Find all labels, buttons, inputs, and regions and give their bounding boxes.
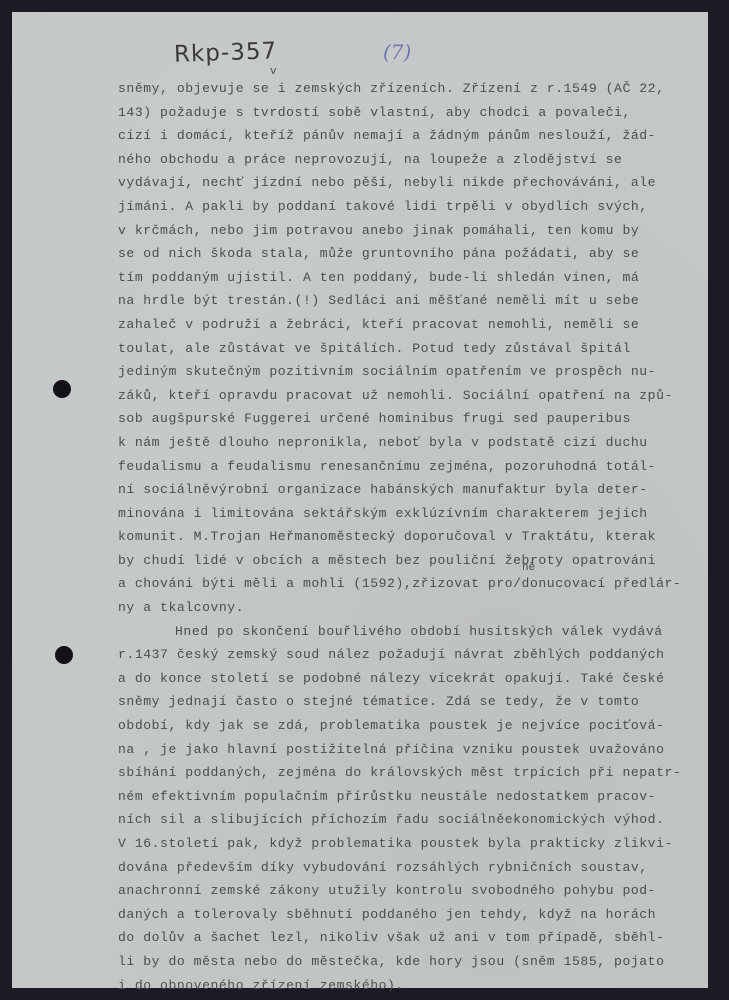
text-line: daných a tolerovaly sběhnutí poddaného j…	[118, 903, 708, 927]
text-line: ném efektivním populačním přírůstku neus…	[118, 785, 708, 809]
text-line: a do konce století se podobné nálezy víc…	[118, 667, 708, 691]
text-line: záků, kteří opravdu pracovat už nemohli.…	[118, 384, 708, 408]
text-line: na hrdle být trestán.(!) Sedláci ani měš…	[118, 289, 708, 313]
text-line: se od nich škoda stala, může gruntovního…	[118, 242, 708, 266]
text-line: jediným skutečným pozitivním sociálním o…	[118, 360, 708, 384]
text-line: sněmy jednají často o stejné tématice. Z…	[118, 690, 708, 714]
paragraph: Hned po skončení bouřlivého období husit…	[118, 620, 708, 998]
text-line: anachronní zemské zákony utužily kontrol…	[118, 879, 708, 903]
text-line: ních sil a slibujících příchozím řadu so…	[118, 808, 708, 832]
text-line: v krčmách, nebo jim potravou anebo jinak…	[118, 219, 708, 243]
text-line: období, kdy jak se zdá, problematika pou…	[118, 714, 708, 738]
text-line: do dolův a šachet lezl, nikoliv však už …	[118, 926, 708, 950]
text-line: V 16.století pak, když problematika pous…	[118, 832, 708, 856]
text-line: by chudí lidé v obcích a městech bez pou…	[118, 549, 708, 573]
text-line: li by do města nebo do městečka, kde hor…	[118, 950, 708, 974]
text-line: jímáni. A pakli by poddaní takové lidi t…	[118, 195, 708, 219]
text-line: a chováni býti měli a mohli (1592),zřizo…	[118, 572, 708, 596]
text-line: sob augšpurské Fuggerei určené hominibus…	[118, 407, 708, 431]
text-line: ného obchodu a práce neprovozují, na lou…	[118, 148, 708, 172]
text-line: 143) požaduje s tvrdostí sobě vlastní, a…	[118, 101, 708, 125]
scanned-document: Rkp-357 (7) v ně sněmy, objevuje se i ze…	[0, 0, 729, 1000]
text-line: minována i limitována sektářským exklúzí…	[118, 502, 708, 526]
paragraph: sněmy, objevuje se i zemských zřízeních.…	[118, 77, 708, 620]
page-number: (7)	[383, 40, 411, 64]
text-line: feudalismu a feudalismu renesančnímu zej…	[118, 455, 708, 479]
archive-signature: Rkp-357	[174, 38, 278, 68]
text-line: na , je jako hlavní postižitelná příčina…	[118, 738, 708, 762]
text-line: tím poddaným ujistil. A ten poddaný, bud…	[118, 266, 708, 290]
text-line: toulat, ale zůstávat ve špitálích. Potud…	[118, 337, 708, 361]
text-line: k nám ještě dlouho nepronikla, neboť byl…	[118, 431, 708, 455]
text-line: i do obnoveného zřízení zemského).	[118, 974, 708, 998]
punch-hole	[55, 646, 73, 664]
text-line: Hned po skončení bouřlivého období husit…	[118, 620, 708, 644]
text-line: ny a tkalcovny.	[118, 596, 708, 620]
text-line: r.1437 český zemský soud nález požadují …	[118, 643, 708, 667]
text-line: komunit. M.Trojan Heřmanoměstecký doporu…	[118, 525, 708, 549]
text-line: dována především díky vybudování rozsáhl…	[118, 856, 708, 880]
text-line: cizí i domácí, kteříž pánův nemají a žád…	[118, 124, 708, 148]
text-line: sbíhání poddaných, zejména do královskýc…	[118, 761, 708, 785]
text-line: sněmy, objevuje se i zemských zřízeních.…	[118, 77, 708, 101]
text-line: zahaleč v podruží a žebráci, kteří praco…	[118, 313, 708, 337]
text-line: vydávají, nechť jízdní nebo pěší, nebyli…	[118, 171, 708, 195]
text-line: ní sociálněvýrobní organizace habánských…	[118, 478, 708, 502]
punch-hole	[53, 380, 71, 398]
body-text: sněmy, objevuje se i zemských zřízeních.…	[118, 77, 708, 997]
